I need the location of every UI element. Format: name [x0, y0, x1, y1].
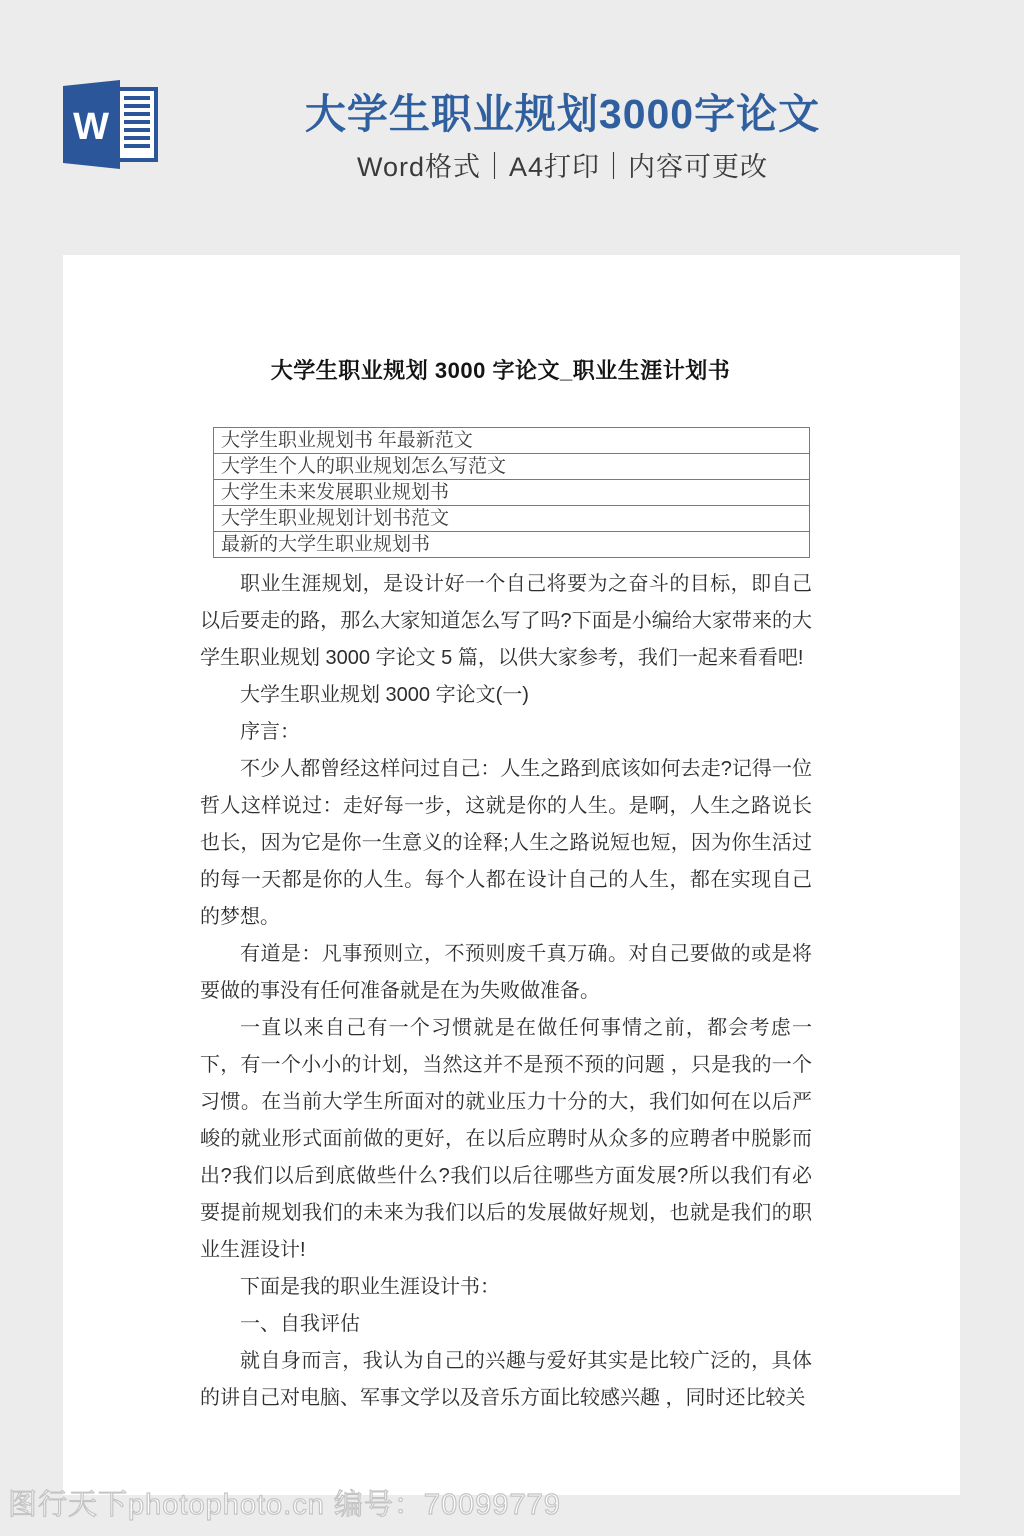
paragraph: 不少人都曾经这样问过自己：人生之路到底该如何去走?记得一位哲人这样说过：走好每一…	[200, 751, 812, 936]
paragraph: 职业生涯规划，是设计好一个自己将要为之奋斗的目标，即自己以后要走的路，那么大家知…	[200, 566, 812, 677]
paragraph: 一、自我评估	[200, 1306, 812, 1343]
related-link-text: 最新的大学生职业规划书	[214, 532, 810, 558]
paragraph: 大学生职业规划 3000 字论文(一)	[200, 677, 812, 714]
document-page: 大学生职业规划 3000 字论文_职业生涯计划书 大学生职业规划书 年最新范文 …	[63, 255, 960, 1495]
paragraph: 序言：	[200, 714, 812, 751]
related-link-text: 大学生个人的职业规划怎么写范文	[214, 454, 810, 480]
table-row: 最新的大学生职业规划书	[214, 532, 810, 558]
banner-title: 大学生职业规划3000字论文	[100, 90, 1024, 138]
table-row: 大学生职业规划计划书范文	[214, 506, 810, 532]
banner-subtitle: Word格式｜A4打印｜内容可更改	[100, 150, 1024, 184]
banner-text: 大学生职业规划3000字论文 Word格式｜A4打印｜内容可更改	[100, 90, 1024, 184]
related-link-text: 大学生未来发展职业规划书	[214, 480, 810, 506]
related-links-table: 大学生职业规划书 年最新范文 大学生个人的职业规划怎么写范文 大学生未来发展职业…	[213, 427, 810, 558]
table-row: 大学生未来发展职业规划书	[214, 480, 810, 506]
document-title: 大学生职业规划 3000 字论文_职业生涯计划书	[189, 355, 812, 387]
table-row: 大学生职业规划书 年最新范文	[214, 428, 810, 454]
watermark-text: 图行天下photophoto.cn 编号：70099779	[8, 1487, 561, 1523]
document-body: 职业生涯规划，是设计好一个自己将要为之奋斗的目标，即自己以后要走的路，那么大家知…	[200, 566, 812, 1417]
banner: W 大学生职业规划3000字论文 Word格式｜A4打印｜内容可更改	[0, 0, 1024, 255]
related-link-text: 大学生职业规划书 年最新范文	[214, 428, 810, 454]
paragraph: 有道是：凡事预则立，不预则废千真万确。对自己要做的或是将要做的事没有任何准备就是…	[200, 936, 812, 1010]
paragraph: 就自身而言，我认为自己的兴趣与爱好其实是比较广泛的，具体的讲自己对电脑、军事文学…	[200, 1343, 812, 1417]
table-row: 大学生个人的职业规划怎么写范文	[214, 454, 810, 480]
paragraph: 一直以来自己有一个习惯就是在做任何事情之前，都会考虑一下，有一个小小的计划，当然…	[200, 1010, 812, 1269]
related-link-text: 大学生职业规划计划书范文	[214, 506, 810, 532]
paragraph: 下面是我的职业生涯设计书：	[200, 1269, 812, 1306]
